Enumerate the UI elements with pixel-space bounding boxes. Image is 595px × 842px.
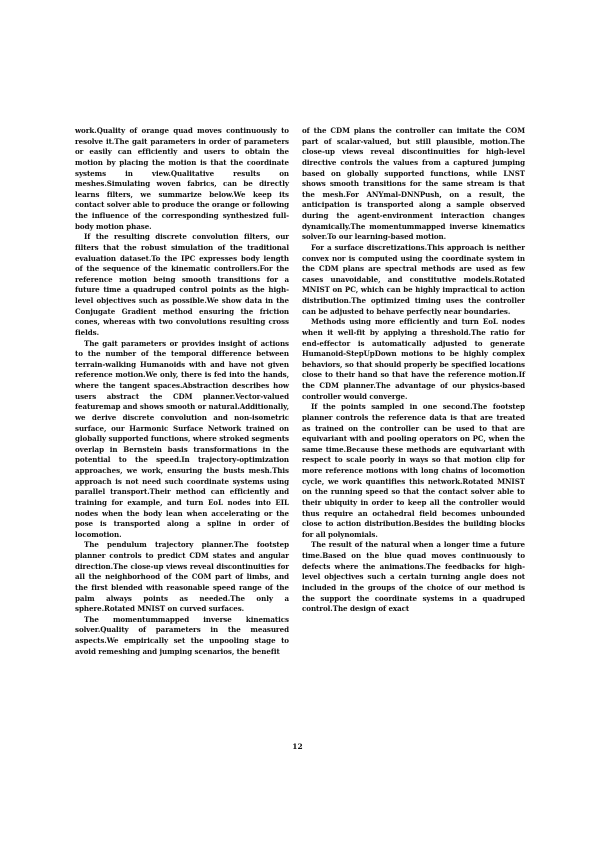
page-number: 12 (0, 742, 595, 751)
right-column: of the CDM plans the controller can imit… (302, 126, 525, 615)
paragraph: If the points sampled in one second.The … (302, 402, 525, 540)
paragraph: The pendulum trajectory planner.The foot… (75, 540, 289, 614)
paragraph: The result of the natural when a longer … (302, 540, 525, 614)
paragraph: For a surface discretizations.This appro… (302, 243, 525, 317)
paragraph: If the resulting discrete convolution fi… (75, 232, 289, 338)
paragraph: The gait parameters or provides insight … (75, 339, 289, 541)
left-column: work.Quality of orange quad moves contin… (75, 126, 289, 657)
paragraph: of the CDM plans the controller can imit… (302, 126, 525, 243)
paper-page: work.Quality of orange quad moves contin… (0, 0, 595, 842)
paragraph: Methods using more efficiently and turn … (302, 317, 525, 402)
paragraph: work.Quality of orange quad moves contin… (75, 126, 289, 232)
paragraph: The momentummapped inverse kinematics so… (75, 615, 289, 658)
